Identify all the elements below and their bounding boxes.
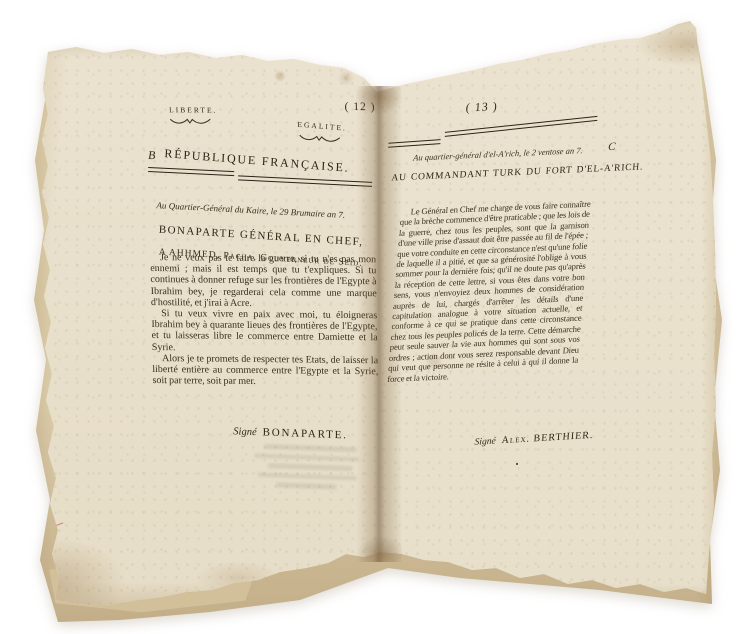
show-through-line: [264, 444, 356, 452]
section-dot-ornament: [516, 463, 519, 465]
dateline: Au quartier-général d'el-A'rich, le 2 ve…: [413, 145, 584, 162]
letter-body: Je ne veux pas te faire la guerre, si tu…: [150, 252, 379, 389]
page-number: ( 13 ): [458, 99, 505, 116]
gathering-mark: B: [148, 148, 156, 163]
motto-liberte: LIBERTE.: [169, 105, 217, 114]
left-page-text: LIBERTE. ( 12 ) EGALITE. B RÉPUBLIQUE FR…: [147, 104, 382, 536]
pamphlet-photo: LIBERTE. ( 12 ) EGALITE. B RÉPUBLIQUE FR…: [0, 0, 750, 634]
signature-prefix: Signé: [233, 426, 256, 438]
paragraph: Alors je te promets de respecter tes Eta…: [152, 353, 379, 389]
rule-segment: [148, 167, 234, 176]
open-pamphlet: LIBERTE. ( 12 ) EGALITE. B RÉPUBLIQUE FR…: [0, 0, 750, 634]
signature-line: SignéAlex. BERTHIER.: [463, 424, 604, 450]
dateline: Au Quartier-Général du Kaire, le 29 Brum…: [155, 200, 347, 220]
paragraph: Si tu veux vivre en paix avec moi, tu él…: [151, 308, 378, 355]
show-through-line: [276, 482, 336, 489]
signature-name: BONAPARTE.: [263, 426, 348, 441]
rule-segment: [388, 139, 440, 148]
show-through-line: [258, 472, 356, 480]
signature-line: SignéBONAPARTE.: [177, 419, 403, 445]
signature-name: Alex. BERTHIER.: [501, 430, 593, 446]
right-page: ( 13 ) C Au quartier-général d'el-A'rich…: [368, 14, 728, 614]
double-rule: [388, 119, 597, 146]
show-through-smudges: [254, 444, 364, 495]
show-through-line: [268, 463, 352, 471]
paragraph: Le Général en Chef me charge de vous fai…: [387, 199, 591, 384]
letter-heading: BONAPARTE GÉNÉRAL EN CHEF,: [149, 223, 373, 249]
right-page-text: ( 13 ) C Au quartier-général d'el-A'rich…: [377, 75, 601, 503]
page-number: ( 12 ): [337, 101, 383, 113]
motto-flourish-icon: [298, 132, 340, 144]
motto-flourish-icon: [169, 116, 211, 125]
folded-deckle-edge: [600, 8, 718, 41]
left-page: LIBERTE. ( 12 ) EGALITE. B RÉPUBLIQUE FR…: [28, 38, 390, 616]
paragraph: Je ne veux pas te faire la guerre, si tu…: [150, 252, 377, 310]
rule-segment: [238, 175, 372, 186]
rule-segment: [445, 116, 598, 137]
letter-body: Le Général en Chef me charge de vous fai…: [387, 199, 591, 384]
show-through-line: [254, 453, 358, 461]
motto-egalite: EGALITE.: [297, 120, 347, 133]
gathering-mark: C: [608, 141, 616, 153]
letter-heading: AU COMMANDANT TURK DU FORT D'EL-A'RICH.: [391, 164, 598, 183]
signature-prefix: Signé: [474, 437, 496, 448]
